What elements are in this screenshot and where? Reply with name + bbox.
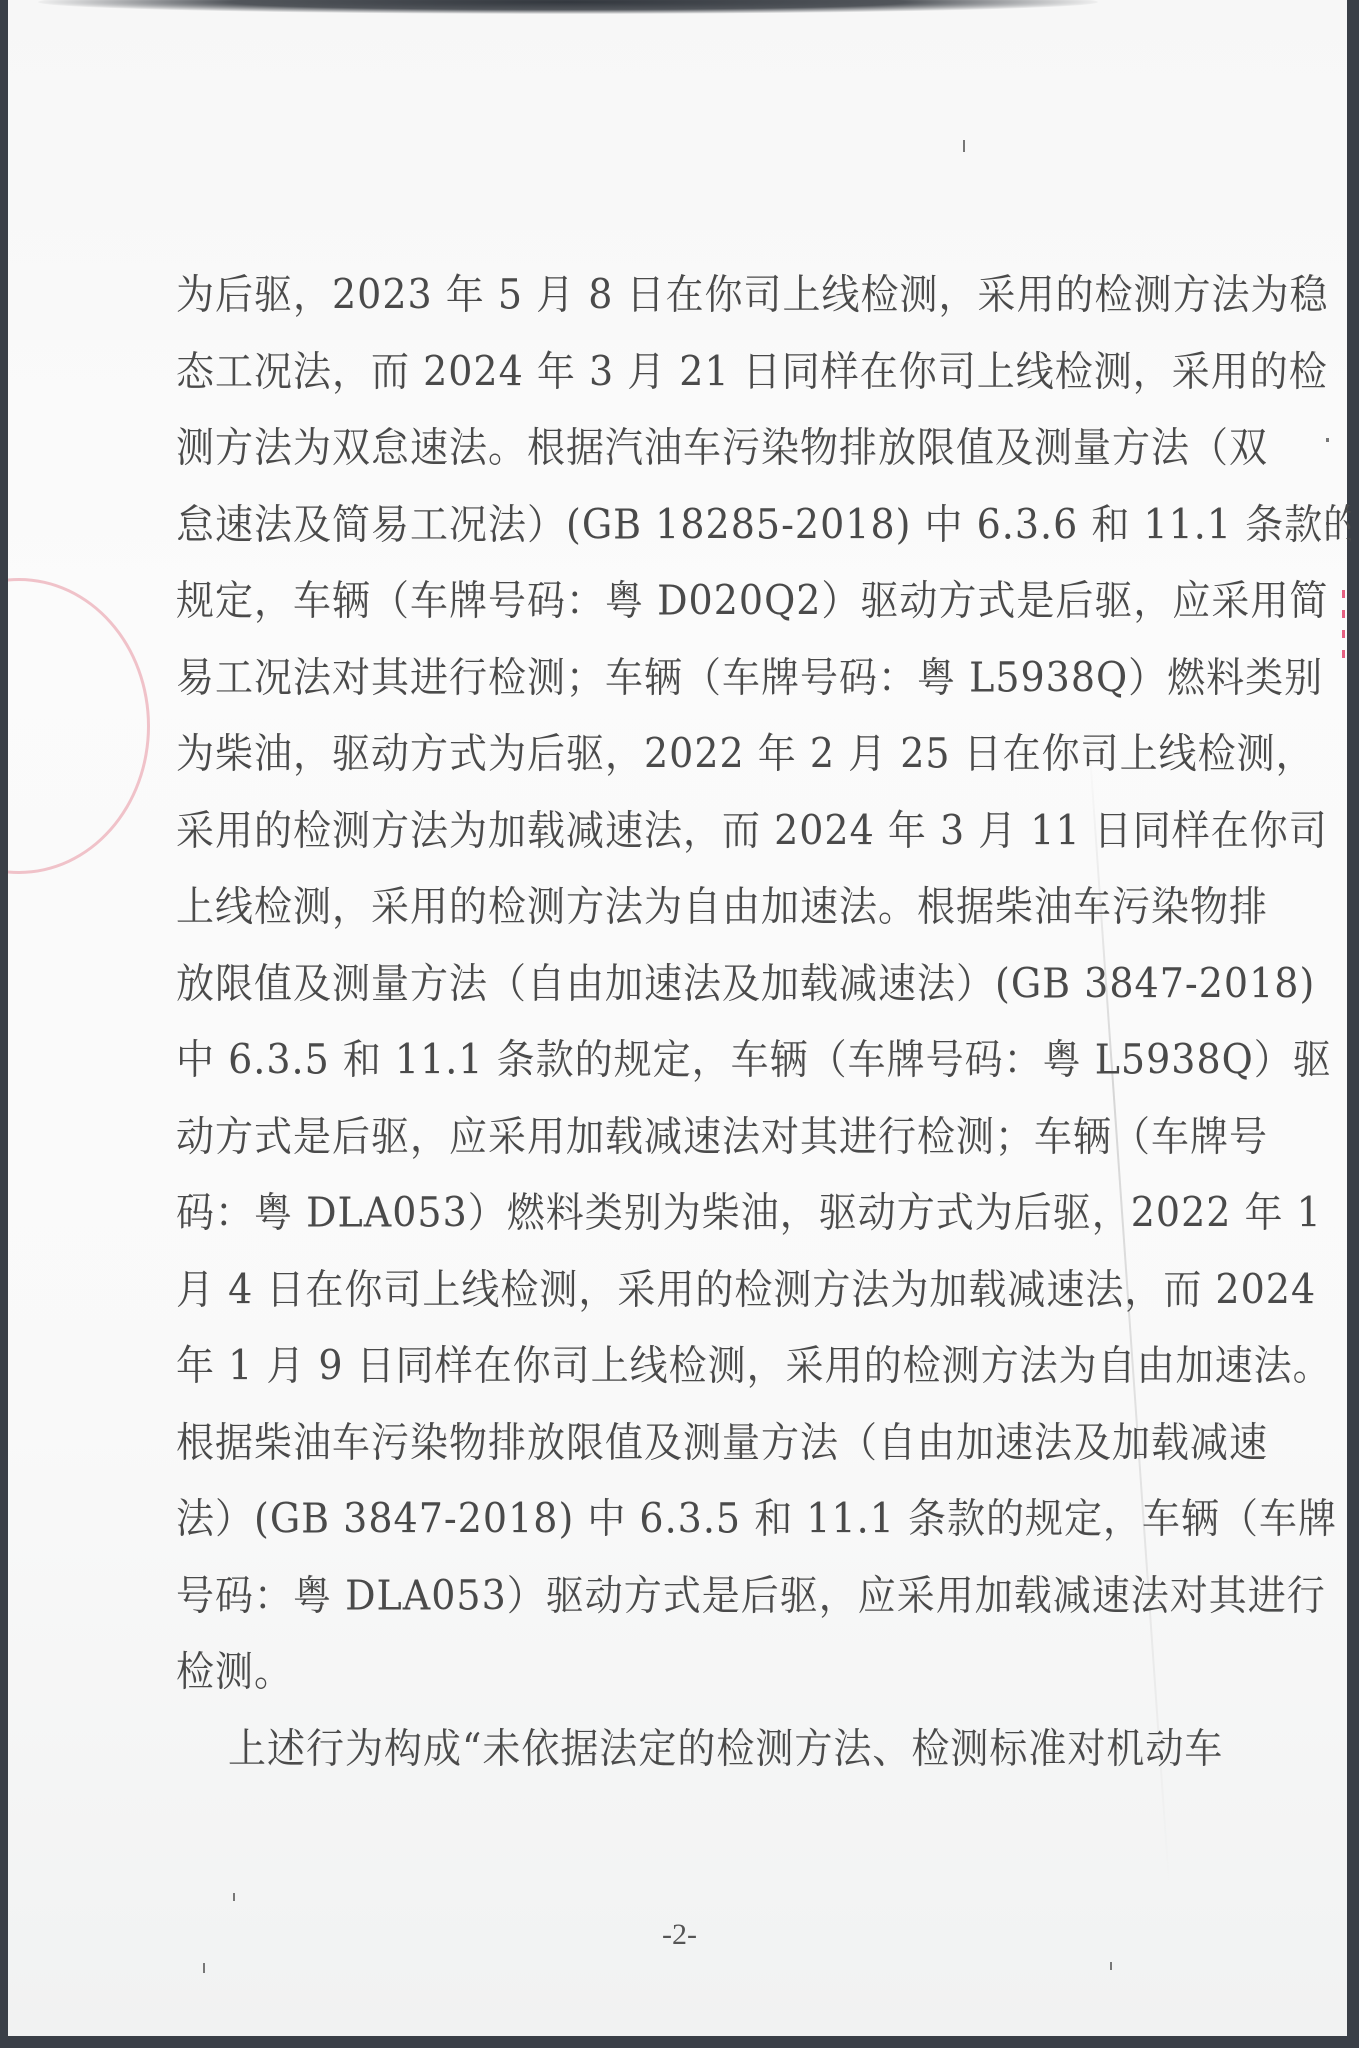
scan-speck — [233, 1893, 235, 1901]
page-number: -2- — [8, 1918, 1351, 1952]
body-line: 月 4 日在你司上线检测，采用的检测方法为加载减速法，而 2024 — [176, 1257, 1176, 1340]
document-page: 为后驱，2023 年 5 月 8 日在你司上线检测，采用的检测方法为稳 态工况法… — [8, 0, 1351, 2036]
body-line: 为后驱，2023 年 5 月 8 日在你司上线检测，采用的检测方法为稳 — [176, 262, 1176, 345]
body-line: 规定，车辆（车牌号码：粤 D020Q2）驱动方式是后驱，应采用简 — [176, 568, 1176, 651]
body-line: 放限值及测量方法（自由加速法及加载减速法）(GB 3847-2018) — [176, 951, 1176, 1034]
body-line: 为柴油，驱动方式为后驱，2022 年 2 月 25 日在你司上线检测， — [176, 721, 1176, 804]
scan-speck — [1110, 1962, 1112, 1970]
page-edge — [1347, 0, 1351, 2036]
scan-speck — [963, 140, 965, 152]
seam-stamp-mark-icon — [1342, 590, 1345, 670]
scan-speck — [203, 1963, 205, 1973]
body-line: 采用的检测方法为加载减速法，而 2024 年 3 月 11 日同样在你司 — [176, 798, 1176, 881]
body-line: 动方式是后驱，应采用加载减速法对其进行检测；车辆（车牌号 — [176, 1104, 1176, 1187]
body-line: 态工况法，而 2024 年 3 月 21 日同样在你司上线检测，采用的检 — [176, 339, 1176, 422]
document-body: 为后驱，2023 年 5 月 8 日在你司上线检测，采用的检测方法为稳 态工况法… — [176, 262, 1176, 1792]
scan-shadow — [38, 0, 1098, 14]
body-line: 易工况法对其进行检测；车辆（车牌号码：粤 L5938Q）燃料类别 — [176, 645, 1176, 728]
body-line: 年 1 月 9 日同样在你司上线检测，采用的检测方法为自由加速法。 — [176, 1333, 1176, 1416]
scan-speck — [1326, 438, 1329, 442]
body-line: 号码：粤 DLA053）驱动方式是后驱，应采用加载减速法对其进行 — [176, 1563, 1176, 1646]
body-line: 测方法为双怠速法。根据汽油车污染物排放限值及测量方法（双 — [176, 415, 1176, 498]
paragraph-start-line: 上述行为构成“未依据法定的检测方法、检测标准对机动车 — [176, 1716, 1176, 1799]
body-line: 中 6.3.5 和 11.1 条款的规定，车辆（车牌号码：粤 L5938Q）驱 — [176, 1027, 1176, 1110]
body-line: 检测。 — [176, 1639, 1176, 1722]
body-line: 怠速法及简易工况法）(GB 18285-2018) 中 6.3.6 和 11.1… — [176, 492, 1176, 575]
body-line: 法）(GB 3847-2018) 中 6.3.5 和 11.1 条款的规定，车辆… — [176, 1486, 1176, 1569]
body-line: 码：粤 DLA053）燃料类别为柴油，驱动方式为后驱，2022 年 1 — [176, 1180, 1176, 1263]
red-seal-stamp-icon — [8, 578, 150, 874]
body-line: 根据柴油车污染物排放限值及测量方法（自由加速法及加载减速 — [176, 1410, 1176, 1493]
body-line: 上线检测，采用的检测方法为自由加速法。根据柴油车污染物排 — [176, 874, 1176, 957]
